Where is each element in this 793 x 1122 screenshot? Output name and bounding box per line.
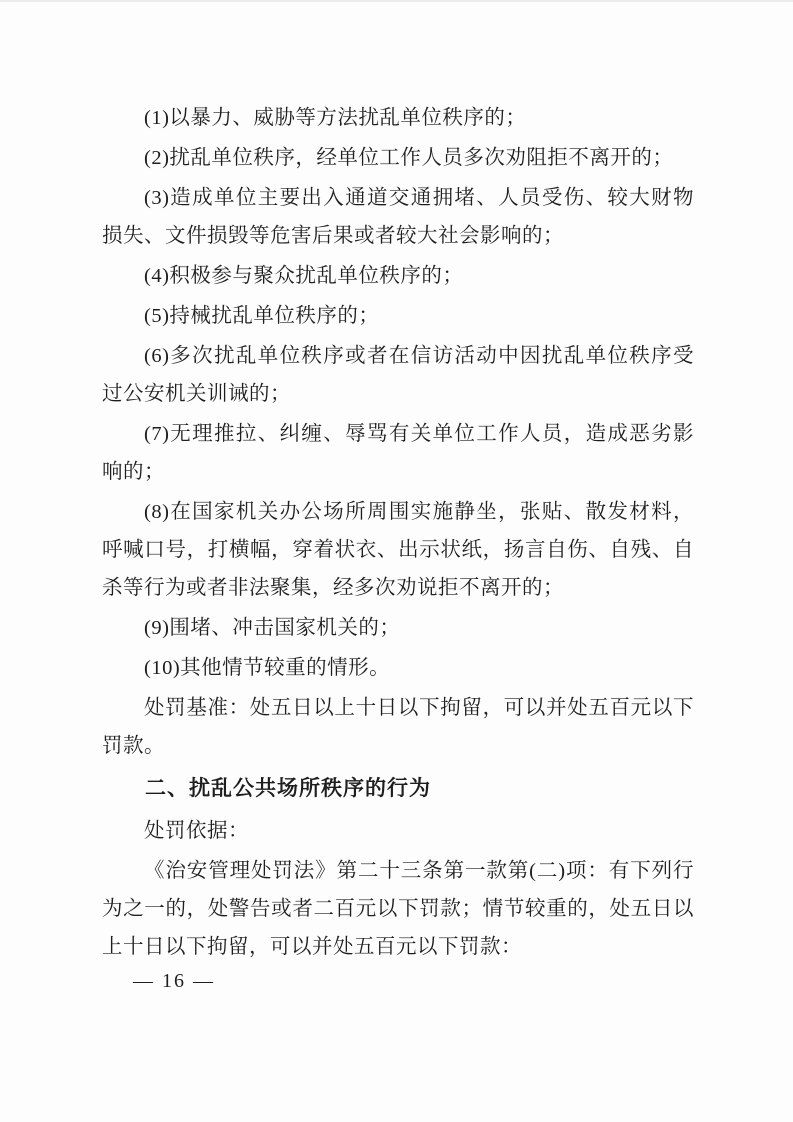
item-2: (2)扰乱单位秩序，经单位工作人员多次劝阻拒不离开的；	[102, 139, 694, 177]
item-4: (4)积极参与聚众扰乱单位秩序的；	[102, 257, 694, 295]
item-8: (8)在国家机关办公场所周围实施静坐，张贴、散发材料，呼喊口号，打横幅，穿着状衣…	[102, 493, 694, 607]
item-1: (1)以暴力、威胁等方法扰乱单位秩序的；	[102, 99, 694, 137]
item-10: (10)其他情节较重的情形。	[102, 649, 694, 687]
penalty-basis-label: 处罚依据：	[102, 812, 694, 850]
item-9: (9)围堵、冲击国家机关的；	[102, 609, 694, 647]
item-7: (7)无理推拉、纠缠、辱骂有关单位工作人员，造成恶劣影响的；	[102, 415, 694, 491]
item-3: (3)造成单位主要出入通道交通拥堵、人员受伤、较大财物损失、文件损毁等危害后果或…	[102, 179, 694, 255]
item-5: (5)持械扰乱单位秩序的；	[102, 297, 694, 335]
document-body: (1)以暴力、威胁等方法扰乱单位秩序的； (2)扰乱单位秩序，经单位工作人员多次…	[102, 99, 694, 968]
page-number: — 16 —	[133, 968, 215, 994]
document-page: (1)以暴力、威胁等方法扰乱单位秩序的； (2)扰乱单位秩序，经单位工作人员多次…	[0, 0, 793, 1122]
penalty-standard-text: 处罚基准：处五日以上十日以下拘留，可以并处五百元以下罚款。	[102, 689, 694, 765]
section-heading: 二、扰乱公共场所秩序的行为	[102, 770, 694, 808]
legal-basis-text: 《治安管理处罚法》第二十三条第一款第(二)项：有下列行为之一的，处警告或者二百元…	[102, 852, 694, 966]
scan-top-edge	[0, 0, 793, 2]
item-6: (6)多次扰乱单位秩序或者在信访活动中因扰乱单位秩序受过公安机关训诫的；	[102, 337, 694, 413]
